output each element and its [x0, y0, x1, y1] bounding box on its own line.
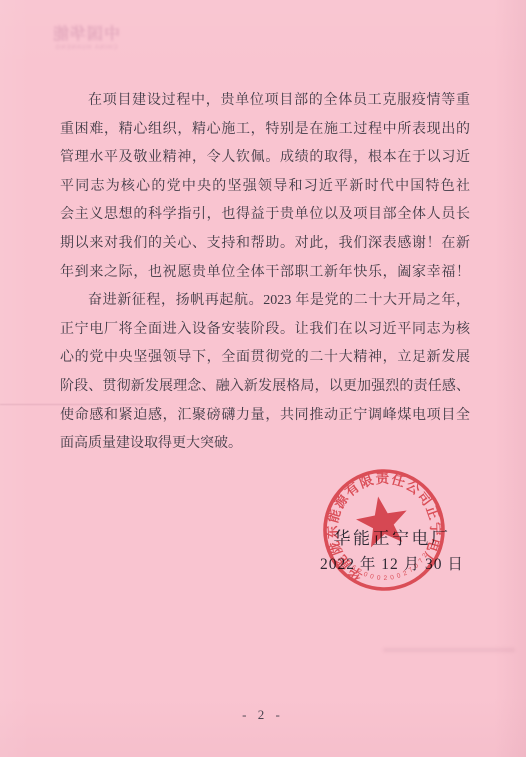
letter-line: 面高质量建设取得更大突破。	[60, 430, 470, 459]
page-number: - 2 -	[0, 707, 526, 723]
letter-line: 奋进新征程，扬帆再起航。2023 年是党的二十大开局之年，	[60, 287, 470, 316]
letter-line: 平同志为核心的党中央的坚强领导和习近平新时代中国特色社	[60, 173, 470, 202]
huaneng-logo-subtext: CHINA HUANENG	[46, 44, 126, 52]
letter-line: 期以来对我们的关心、支持和帮助。对此，我们深表感谢！在新	[60, 230, 470, 259]
letter-line: 管理水平及敬业精神，令人钦佩。成绩的取得，根本在于以习近	[60, 144, 470, 173]
scanned-letter-page: 中国华能 CHINA HUANENG 在项目建设过程中，贵单位项目部的全体员工克…	[0, 0, 526, 757]
letter-line: 会主义思想的科学指引，也得益于贵单位以及项目部全体人员长	[60, 201, 470, 230]
bleed-through-watermark: 中国华能 CHINA HUANENG	[46, 26, 126, 52]
letter-line: 心的党中央坚强领导下，全面贯彻党的二十大精神，立足新发展	[60, 344, 470, 373]
official-red-seal: 华能陇东能源有限责任公司正宁电厂 6200020027072	[308, 454, 461, 607]
scan-smudge	[383, 648, 515, 652]
letter-line: 阶段、贯彻新发展理念、融入新发展格局，以更加强烈的责任感、	[60, 373, 470, 402]
letter-line: 正宁电厂将全面进入设备安装阶段。让我们在以习近平同志为核	[60, 316, 470, 345]
letter-line: 重困难，精心组织，精心施工，特别是在施工过程中所表现出的	[60, 116, 470, 145]
letter-body: 在项目建设过程中，贵单位项目部的全体员工克服疫情等重 重困难，精心组织，精心施工…	[60, 87, 470, 459]
red-star-icon	[353, 492, 412, 549]
letter-line: 使命感和紧迫感，汇聚磅礴力量，共同推动正宁调峰煤电项目全	[60, 402, 470, 431]
letter-line: 年到来之际，也祝愿贵单位全体干部职工新年快乐，阖家幸福！	[60, 259, 470, 288]
huaneng-logo-text: 中国华能	[46, 26, 126, 44]
letter-line: 在项目建设过程中，贵单位项目部的全体员工克服疫情等重	[60, 87, 470, 116]
